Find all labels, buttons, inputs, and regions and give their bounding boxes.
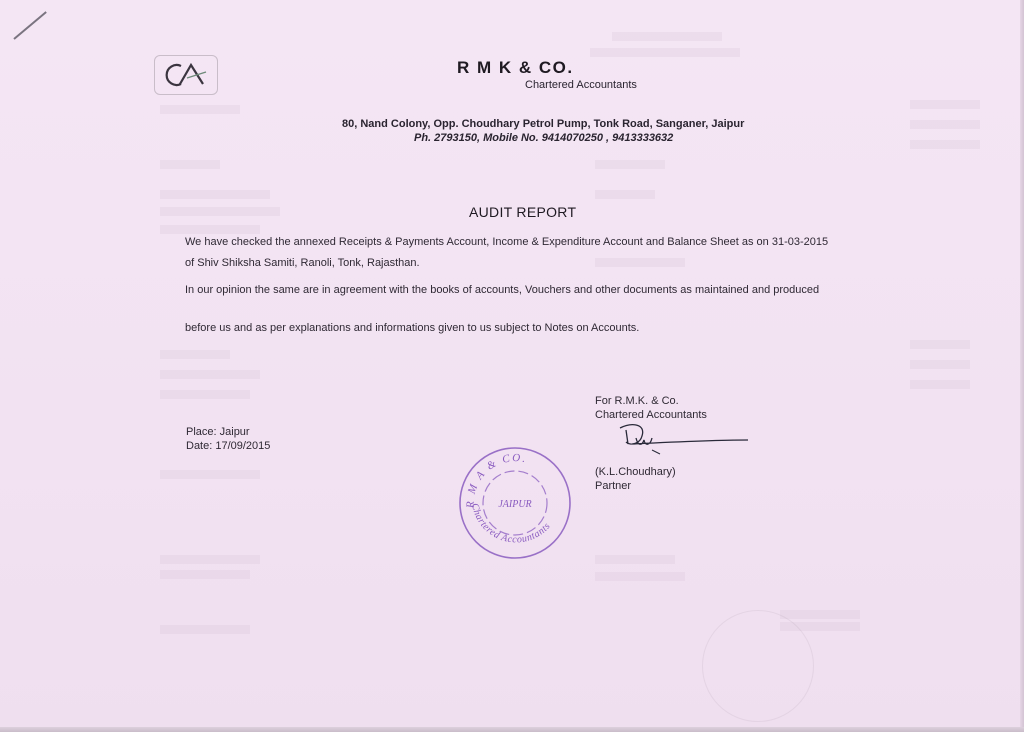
report-paragraph: In our opinion the same are in agreement… bbox=[185, 284, 819, 296]
report-paragraph: of Shiv Shiksha Samiti, Ranoli, Tonk, Ra… bbox=[185, 257, 420, 269]
scanned-page: R M K & CO. Chartered Accountants 80, Na… bbox=[0, 0, 1024, 732]
firm-address: 80, Nand Colony, Opp. Choudhary Petrol P… bbox=[342, 118, 756, 130]
report-title: AUDIT REPORT bbox=[469, 204, 576, 220]
firm-name: R M K & CO. bbox=[457, 58, 574, 78]
report-paragraph: We have checked the annexed Receipts & P… bbox=[185, 236, 828, 248]
ca-logo-icon bbox=[162, 62, 210, 88]
signature bbox=[612, 420, 752, 460]
firm-stamp: R M A & CO. JAIPUR Chartered Accountants bbox=[456, 444, 574, 562]
for-firm: For R.M.K. & Co. bbox=[595, 395, 679, 407]
ca-logo bbox=[154, 55, 218, 95]
signer-name: (K.L.Choudhary) bbox=[595, 466, 676, 478]
stamp-center-text: JAIPUR bbox=[498, 499, 531, 510]
signer-role: Partner bbox=[595, 480, 631, 492]
page-edge-bottom bbox=[0, 727, 1024, 732]
pen-mark bbox=[13, 11, 46, 40]
page-edge-right bbox=[1020, 0, 1024, 732]
report-paragraph: before us and as per explanations and in… bbox=[185, 322, 639, 334]
date-label: Date: 17/09/2015 bbox=[186, 440, 270, 452]
firm-subtitle: Chartered Accountants bbox=[525, 79, 637, 91]
firm-phone: Ph. 2793150, Mobile No. 9414070250 , 941… bbox=[414, 132, 673, 144]
place-label: Place: Jaipur bbox=[186, 426, 250, 438]
